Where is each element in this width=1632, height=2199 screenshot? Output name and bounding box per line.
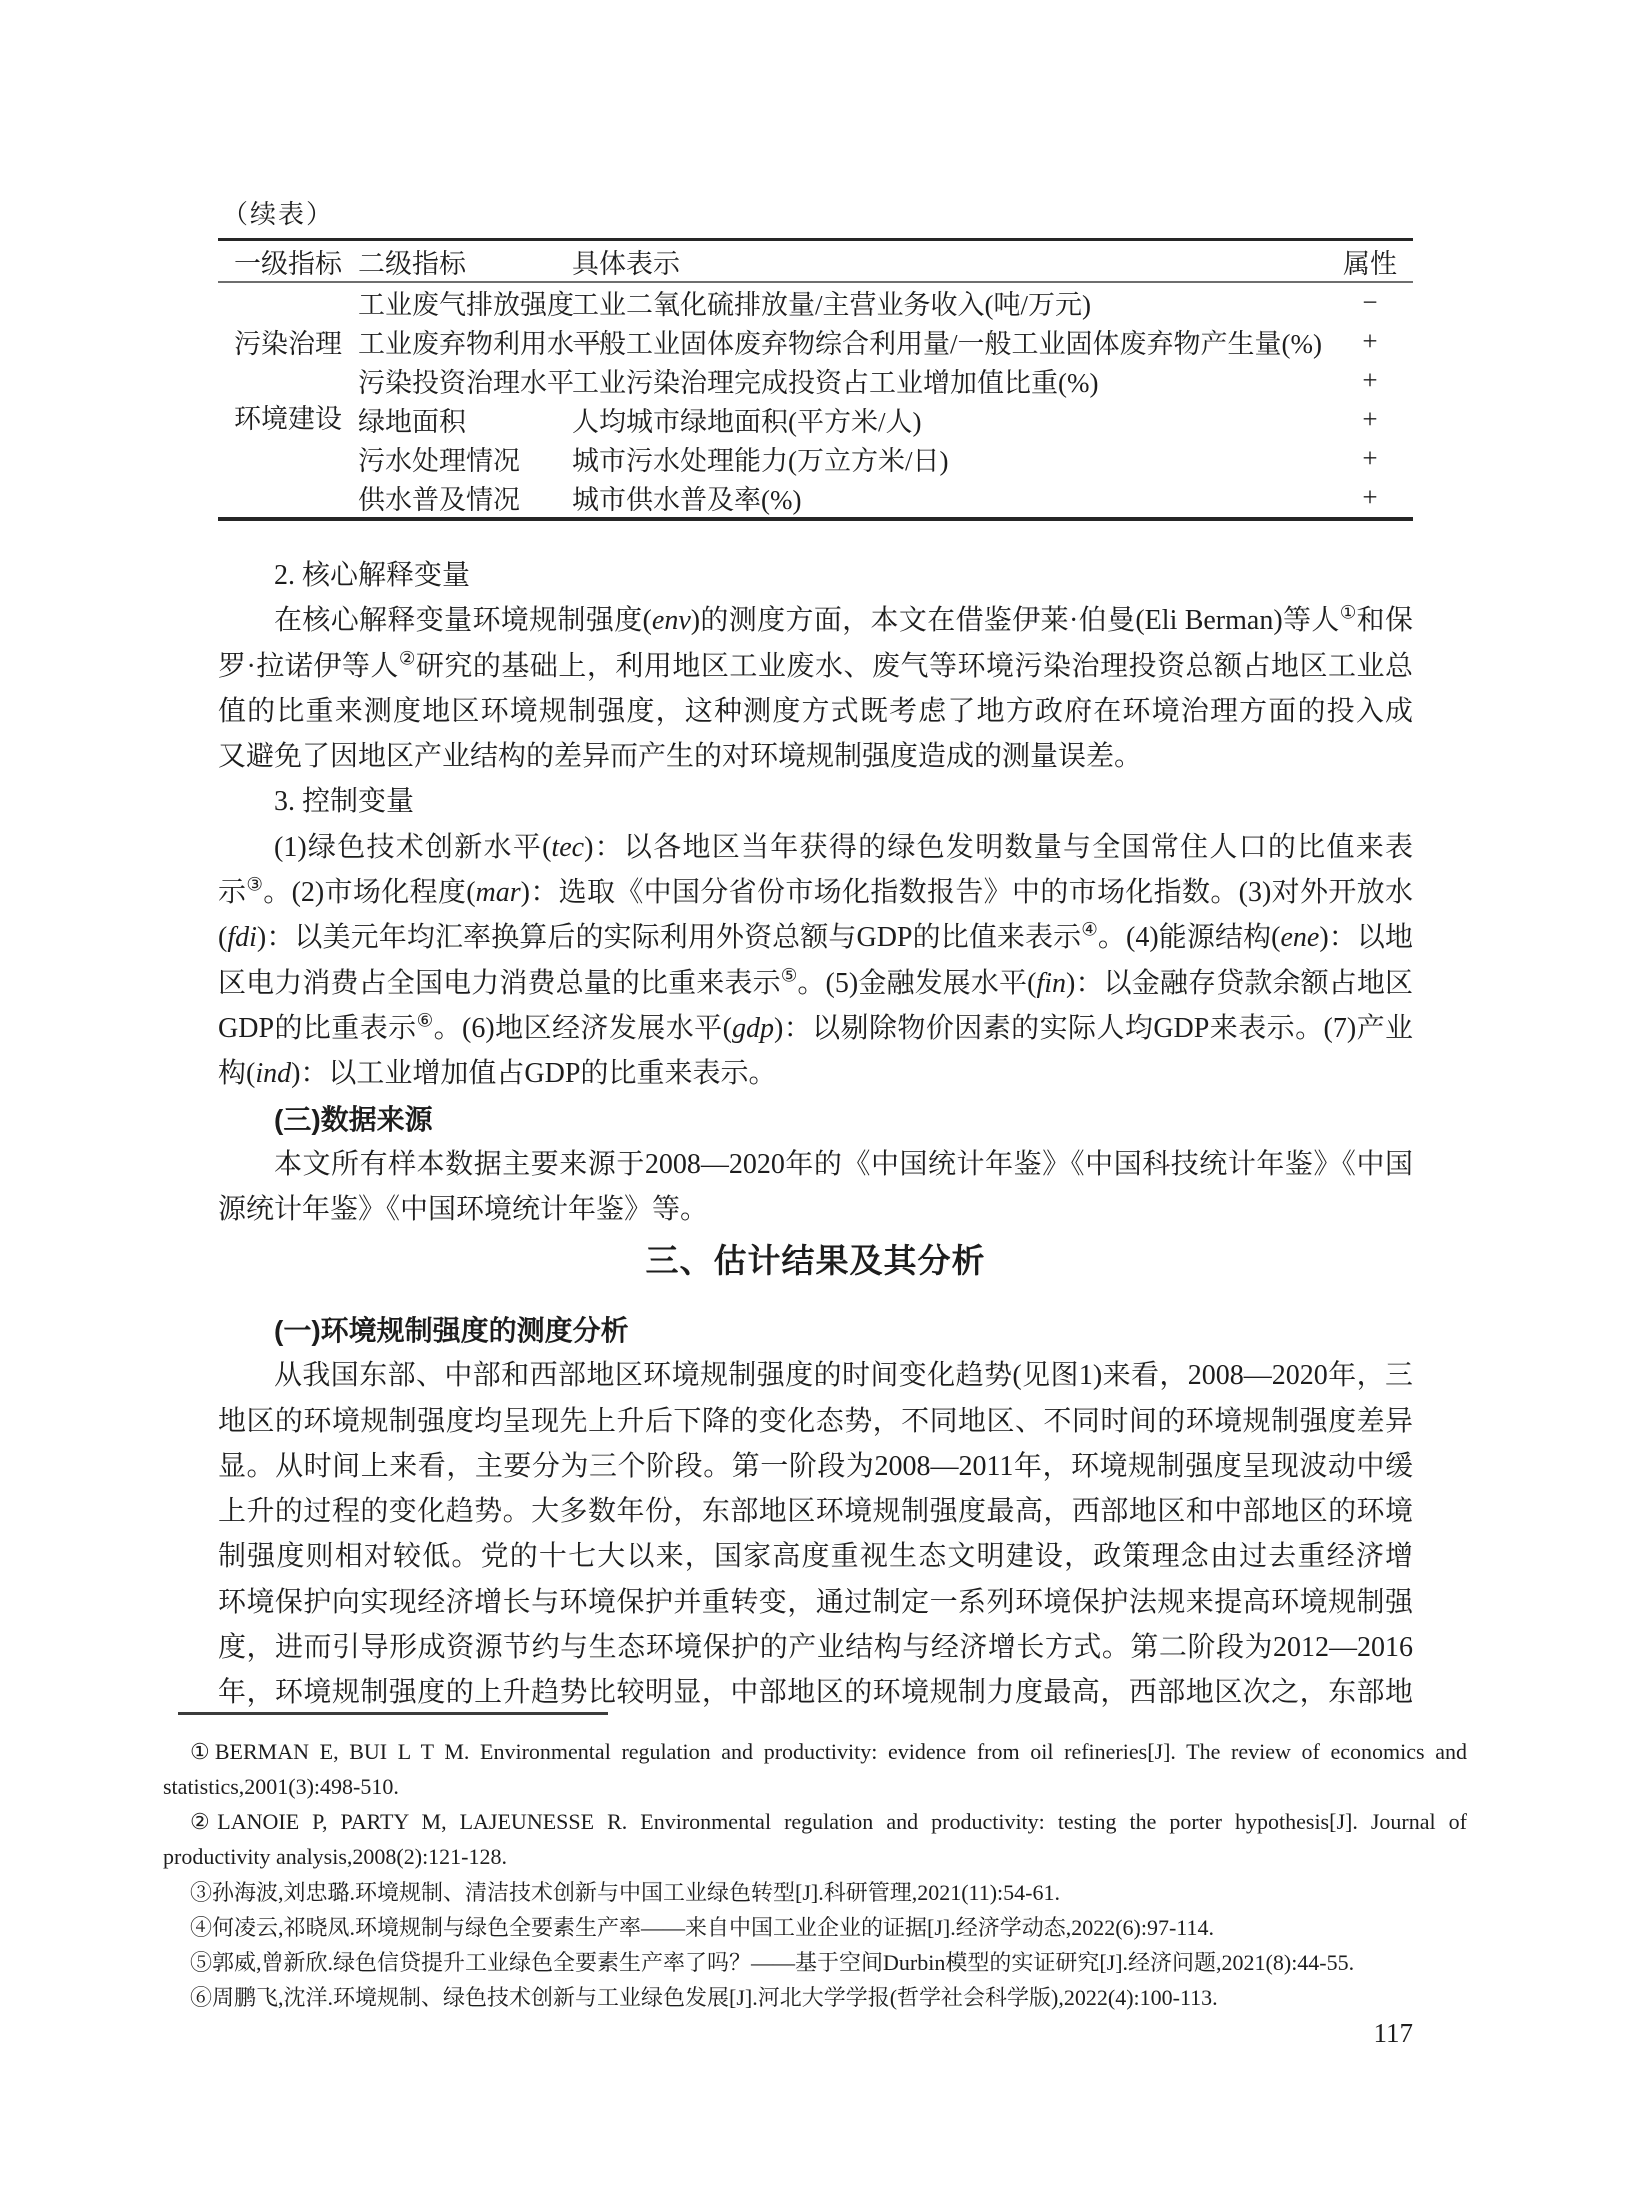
footnote-line: ④何凌云,祁晓凤.环境规制与绿色全要素生产率——来自中国工业企业的证据[J].经…: [163, 1910, 1467, 1945]
detail-cell: 一般工业固体废弃物综合利用量/一般工业固体废弃物产生量(%): [572, 322, 1327, 361]
footnote-line: ③孙海波,刘忠璐.环境规制、清洁技术创新与中国工业绿色转型[J].科研管理,20…: [163, 1875, 1467, 1910]
body-line: 度，进而引导形成资源节约与生态环境保护的产业结构与经济增长方式。第二阶段为201…: [218, 1625, 1413, 1670]
footnote-line: ⑥周鹏飞,沈洋.环境规制、绿色技术创新与工业绿色发展[J].河北大学学报(哲学社…: [163, 1980, 1467, 2015]
table-row: 污染治理工业废气排放强度工业二氧化硫排放量/主营业务收入(吨/万元)−: [218, 282, 1413, 322]
footnote-separator: [178, 1712, 608, 1715]
column-header: 属性: [1327, 240, 1413, 283]
detail-cell: 城市供水普及率(%): [572, 478, 1327, 519]
attribute-cell: −: [1327, 282, 1413, 322]
table-row: 污水处理情况城市污水处理能力(万立方米/日)+: [218, 439, 1413, 478]
body-line: 年，环境规制强度的上升趋势比较明显，中部地区的环境规制力度最高，西部地区次之，东…: [218, 1670, 1413, 1715]
variable-symbol: fin: [1036, 968, 1066, 999]
body-line: 罗·拉诺伊等人②研究的基础上，利用地区工业废水、废气等环境污染治理投资总额占地区…: [218, 644, 1413, 689]
analysis-text-block: (一)环境规制强度的测度分析从我国东部、中部和西部地区环境规制强度的时间变化趋势…: [218, 1308, 1413, 1716]
table-row: 供水普及情况城市供水普及率(%)+: [218, 478, 1413, 519]
body-line: 环境保护向实现经济增长与环境保护并重转变，通过制定一系列环境保护法规来提高环境规…: [218, 1580, 1413, 1625]
detail-cell: 城市污水处理能力(万立方米/日): [572, 439, 1327, 478]
secondary-indicator-cell: 污染投资治理水平: [358, 361, 572, 400]
column-header: 一级指标: [218, 240, 358, 283]
indicator-table-head: 一级指标二级指标具体表示属性: [218, 240, 1413, 283]
primary-indicator-cell: 环境建设: [218, 400, 358, 519]
footnote-line: ①BERMAN E, BUI L T M. Environmental regu…: [163, 1734, 1467, 1769]
primary-indicator-cell: 污染治理: [218, 282, 358, 400]
body-line: 显。从时间上来看，主要分为三个阶段。第一阶段为2008—2011年，环境规制强度…: [218, 1444, 1413, 1489]
attribute-cell: +: [1327, 400, 1413, 439]
footnote-ref: ⑥: [417, 1011, 434, 1031]
footnote-ref: ③: [246, 875, 263, 895]
body-line: 本文所有样本数据主要来源于2008—2020年的《中国统计年鉴》《中国科技统计年…: [218, 1142, 1413, 1187]
body-line: 值的比重来测度地区环境规制强度，这种测度方式既考虑了地方政府在环境治理方面的投入…: [218, 689, 1413, 734]
indicator-table-body: 污染治理工业废气排放强度工业二氧化硫排放量/主营业务收入(吨/万元)−工业废弃物…: [218, 282, 1413, 519]
body-text-block: 2. 核心解释变量在核心解释变量环境规制强度(env)的测度方面，本文在借鉴伊莱…: [218, 553, 1413, 1232]
variable-symbol: ind: [255, 1058, 291, 1089]
detail-cell: 工业污染治理完成投资占工业增加值比重(%): [572, 361, 1327, 400]
footnote-ref: ④: [1081, 920, 1098, 940]
detail-cell: 人均城市绿地面积(平方米/人): [572, 400, 1327, 439]
secondary-indicator-cell: 污水处理情况: [358, 439, 572, 478]
attribute-cell: +: [1327, 322, 1413, 361]
variable-symbol: mar: [476, 877, 521, 908]
secondary-indicator-cell: 供水普及情况: [358, 478, 572, 519]
body-line: GDP的比重表示⑥。(6)地区经济发展水平(gdp)：以剔除物价因素的实际人均G…: [218, 1006, 1413, 1051]
body-line: 又避免了因地区产业结构的差异而产生的对环境规制强度造成的测量误差。: [218, 734, 1413, 779]
secondary-indicator-cell: 绿地面积: [358, 400, 572, 439]
body-line: 示③。(2)市场化程度(mar)：选取《中国分省份市场化指数报告》中的市场化指数…: [218, 870, 1413, 915]
table-row: 污染投资治理水平工业污染治理完成投资占工业增加值比重(%)+: [218, 361, 1413, 400]
indicator-table: 一级指标二级指标具体表示属性 污染治理工业废气排放强度工业二氧化硫排放量/主营业…: [218, 238, 1413, 521]
body-line: (1)绿色技术创新水平(tec)：以各地区当年获得的绿色发明数量与全国常住人口的…: [218, 825, 1413, 870]
body-line: (fdi)：以美元年均汇率换算后的实际利用外资总额与GDP的比值来表示④。(4)…: [218, 915, 1413, 960]
document-page: （续表） 一级指标二级指标具体表示属性 污染治理工业废气排放强度工业二氧化硫排放…: [0, 0, 1632, 2199]
page-number: 117: [1374, 2018, 1414, 2049]
variable-symbol: fdi: [227, 922, 257, 953]
section-heading: 三、估计结果及其分析: [218, 1238, 1413, 1284]
table-header-row: 一级指标二级指标具体表示属性: [218, 240, 1413, 283]
variable-symbol: env: [652, 605, 691, 636]
body-line: 2. 核心解释变量: [218, 553, 1413, 598]
body-line: 3. 控制变量: [218, 779, 1413, 824]
body-line: (三)数据来源: [218, 1097, 1413, 1142]
attribute-cell: +: [1327, 439, 1413, 478]
table-row: 工业废弃物利用水平一般工业固体废弃物综合利用量/一般工业固体废弃物产生量(%)+: [218, 322, 1413, 361]
body-line: 在核心解释变量环境规制强度(env)的测度方面，本文在借鉴伊莱·伯曼(Eli B…: [218, 598, 1413, 643]
variable-symbol: tec: [551, 832, 584, 863]
secondary-indicator-cell: 工业废气排放强度: [358, 282, 572, 322]
table-row: 环境建设绿地面积人均城市绿地面积(平方米/人)+: [218, 400, 1413, 439]
body-line: 制强度则相对较低。党的十七大以来，国家高度重视生态文明建设，政策理念由过去重经济…: [218, 1534, 1413, 1579]
secondary-indicator-cell: 工业废弃物利用水平: [358, 322, 572, 361]
column-header: 具体表示: [572, 240, 1327, 283]
body-line: (一)环境规制强度的测度分析: [218, 1308, 1413, 1353]
attribute-cell: +: [1327, 361, 1413, 400]
footnote-ref: ⑤: [781, 965, 798, 985]
footnote-line: statistics,2001(3):498-510.: [163, 1769, 1467, 1804]
footnote-line: ②LANOIE P, PARTY M, LAJEUNESSE R. Enviro…: [163, 1804, 1467, 1839]
body-line: 区电力消费占全国电力消费总量的比重来表示⑤。(5)金融发展水平(fin)：以金融…: [218, 961, 1413, 1006]
footnotes-block: ①BERMAN E, BUI L T M. Environmental regu…: [163, 1734, 1467, 2015]
table-continued-label: （续表）: [222, 194, 334, 231]
variable-symbol: ene: [1281, 922, 1320, 953]
body-line: 从我国东部、中部和西部地区环境规制强度的时间变化趋势(见图1)来看，2008—2…: [218, 1353, 1413, 1398]
body-line: 源统计年鉴》《中国环境统计年鉴》等。: [218, 1187, 1413, 1232]
body-line: 构(ind)：以工业增加值占GDP的比重来表示。: [218, 1051, 1413, 1096]
column-header: 二级指标: [358, 240, 572, 283]
footnote-ref: ②: [399, 648, 416, 668]
body-line: 地区的环境规制强度均呈现先上升后下降的变化态势，不同地区、不同时间的环境规制强度…: [218, 1399, 1413, 1444]
variable-symbol: gdp: [732, 1013, 774, 1044]
detail-cell: 工业二氧化硫排放量/主营业务收入(吨/万元): [572, 282, 1327, 322]
footnote-ref: ①: [1340, 603, 1357, 623]
attribute-cell: +: [1327, 478, 1413, 519]
footnote-line: ⑤郭威,曾新欣.绿色信贷提升工业绿色全要素生产率了吗？——基于空间Durbin模…: [163, 1945, 1467, 1980]
footnote-line: productivity analysis,2008(2):121-128.: [163, 1839, 1467, 1874]
body-line: 上升的过程的变化趋势。大多数年份，东部地区环境规制强度最高，西部地区和中部地区的…: [218, 1489, 1413, 1534]
